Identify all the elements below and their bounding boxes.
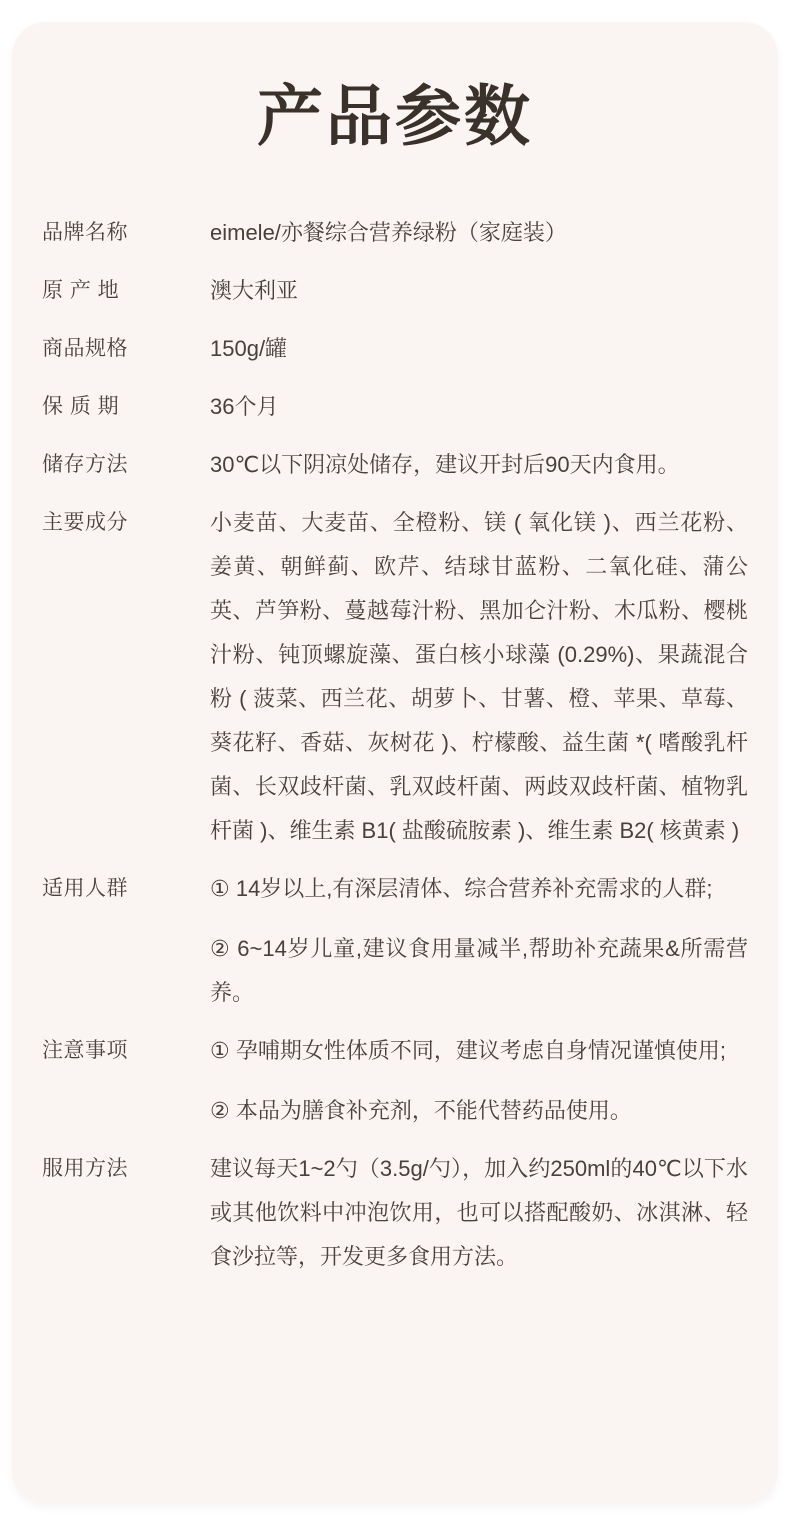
spec-paragraph: 36个月 [210, 385, 748, 429]
spec-value: ① 孕哺期女性体质不同，建议考虑自身情况谨慎使用;② 本品为膳食补充剂，不能代替… [210, 1029, 748, 1133]
spec-paragraph: 建议每天1~2勺（3.5g/勺），加入约250ml的40℃以下水或其他饮料中冲泡… [210, 1147, 748, 1279]
spec-row: 品牌名称 eimele/亦餐综合营养绿粉（家庭装） [42, 211, 748, 255]
spec-value: 建议每天1~2勺（3.5g/勺），加入约250ml的40℃以下水或其他饮料中冲泡… [210, 1147, 748, 1279]
spec-row: 服用方法 建议每天1~2勺（3.5g/勺），加入约250ml的40℃以下水或其他… [42, 1147, 748, 1279]
spec-label: 注意事项 [42, 1029, 210, 1073]
spec-paragraph: 150g/罐 [210, 327, 748, 371]
spec-value: eimele/亦餐综合营养绿粉（家庭装） [210, 211, 748, 255]
spec-paragraph: ① 14岁以上,有深层清体、综合营养补充需求的人群; [210, 867, 748, 911]
spec-value: 30℃以下阴凉处储存，建议开封后90天内食用。 [210, 443, 748, 487]
spec-paragraph: ② 本品为膳食补充剂，不能代替药品使用。 [210, 1089, 748, 1133]
spec-row: 主要成分 小麦苗、大麦苗、全橙粉、镁 ( 氧化镁 )、西兰花粉、姜黄、朝鲜蓟、欧… [42, 501, 748, 853]
spec-label: 商品规格 [42, 327, 210, 371]
spec-value: 36个月 [210, 385, 748, 429]
spec-label: 服用方法 [42, 1147, 210, 1191]
spec-paragraph: eimele/亦餐综合营养绿粉（家庭装） [210, 211, 748, 255]
spec-paragraph: ② 6~14岁儿童,建议食用量减半,帮助补充蔬果&所需营养。 [210, 927, 748, 1015]
spec-paragraph: 澳大利亚 [210, 269, 748, 313]
spec-row: 保 质 期 36个月 [42, 385, 748, 429]
product-specs-card: 产品参数 品牌名称 eimele/亦餐综合营养绿粉（家庭装） 原 产 地 澳大利… [12, 22, 778, 1504]
spec-label: 适用人群 [42, 867, 210, 911]
spec-row: 商品规格 150g/罐 [42, 327, 748, 371]
spec-label: 主要成分 [42, 501, 210, 545]
spec-row: 原 产 地 澳大利亚 [42, 269, 748, 313]
spec-row: 储存方法 30℃以下阴凉处储存，建议开封后90天内食用。 [42, 443, 748, 487]
spec-paragraph: 小麦苗、大麦苗、全橙粉、镁 ( 氧化镁 )、西兰花粉、姜黄、朝鲜蓟、欧芹、结球甘… [210, 501, 748, 853]
spec-value: 150g/罐 [210, 327, 748, 371]
spec-label: 储存方法 [42, 443, 210, 487]
spec-paragraph: ① 孕哺期女性体质不同，建议考虑自身情况谨慎使用; [210, 1029, 748, 1073]
spec-value: 小麦苗、大麦苗、全橙粉、镁 ( 氧化镁 )、西兰花粉、姜黄、朝鲜蓟、欧芹、结球甘… [210, 501, 748, 853]
spec-value: 澳大利亚 [210, 269, 748, 313]
spec-label: 保 质 期 [42, 385, 210, 429]
spec-paragraph: 30℃以下阴凉处储存，建议开封后90天内食用。 [210, 443, 748, 487]
spec-value: ① 14岁以上,有深层清体、综合营养补充需求的人群;② 6~14岁儿童,建议食用… [210, 867, 748, 1015]
spec-row: 适用人群 ① 14岁以上,有深层清体、综合营养补充需求的人群;② 6~14岁儿童… [42, 867, 748, 1015]
page-title: 产品参数 [42, 74, 748, 159]
spec-label: 品牌名称 [42, 211, 210, 255]
specs-list: 品牌名称 eimele/亦餐综合营养绿粉（家庭装） 原 产 地 澳大利亚 商品规… [42, 211, 748, 1279]
spec-row: 注意事项 ① 孕哺期女性体质不同，建议考虑自身情况谨慎使用;② 本品为膳食补充剂… [42, 1029, 748, 1133]
spec-label: 原 产 地 [42, 269, 210, 313]
